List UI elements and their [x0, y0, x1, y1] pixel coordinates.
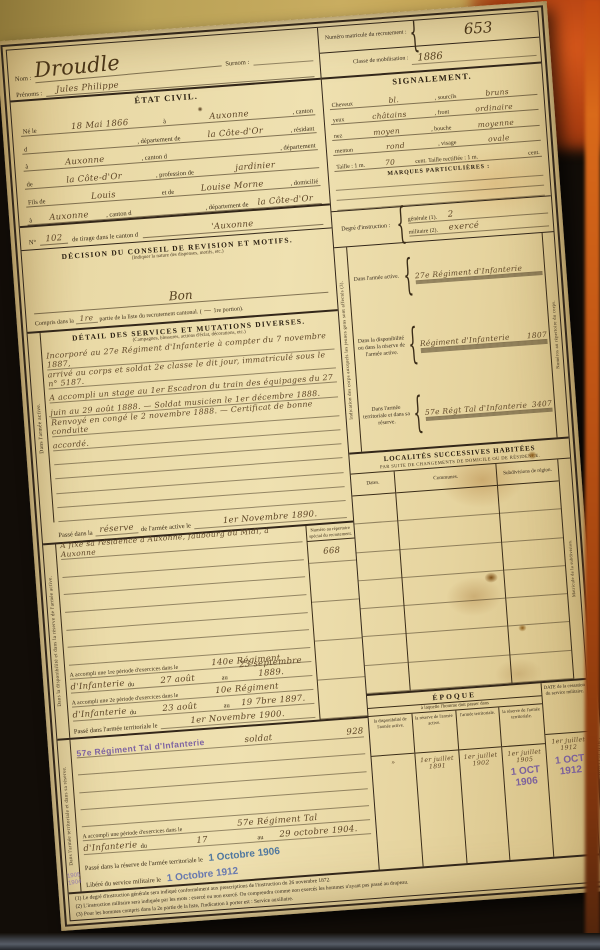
localites-table: Dates. Communes. Subdivisions de région. [351, 457, 587, 694]
brace: { [395, 203, 408, 246]
photo-of-military-register: { "colors":{"stamp_purple":"#6b4fa0","st… [0, 0, 600, 950]
print-label: cent. [528, 150, 540, 157]
epoque-section: ÉPOQUE à laquelle l'homme doit passer da… [367, 678, 599, 870]
handwritten-number: 1807 [526, 330, 547, 340]
repertoire-corps-label: Numéros au répertoire du corps. [550, 300, 560, 369]
brace: { [408, 12, 421, 55]
print-label: d [24, 146, 28, 153]
services-lines: Incorporé au 27e Régiment d'Infanterie à… [46, 331, 346, 523]
date-rubber-stamp: 1 OCT 1906 [510, 764, 542, 789]
instruction-label: Degré d'instruction : [337, 222, 395, 232]
print-label: et de [162, 189, 175, 197]
corps-block-label: Dans la disponibilité ou dans la réserve… [356, 335, 407, 360]
etat-civil-section: ÉTAT CIVIL. Né le 18 Mai 1866 à Auxonne … [11, 80, 330, 226]
print-label: de [26, 181, 33, 188]
table-surface [0, 933, 600, 950]
military-register-page: Nom : Droudle Surnom : Prénoms : Jules P… [0, 1, 600, 931]
handwritten-number: 668 [323, 546, 341, 557]
form-outer-border: Nom : Droudle Surnom : Prénoms : Jules P… [0, 5, 600, 926]
left-column: Nom : Droudle Surnom : Prénoms : Jules P… [7, 28, 380, 893]
blank-ruled-area [61, 542, 310, 665]
classe-value-handwritten: 1886 [411, 44, 537, 65]
print-label: du [127, 681, 134, 688]
print-label: militaire (2). [408, 227, 438, 235]
column-header: Dates. [351, 471, 395, 496]
corps-block-disponibilite: Dans la disponibilité ou dans la réserve… [354, 299, 550, 386]
stamp-line: 1912 [559, 764, 582, 777]
print-label: yeux [333, 117, 345, 124]
ruled-line [365, 663, 410, 694]
ruled-line [510, 651, 573, 684]
ruled-line [502, 538, 565, 571]
handwritten-date: 1er juillet 1905 [504, 748, 546, 765]
handwritten-date: 1er juillet 1902 [460, 751, 502, 768]
handwritten-grade: soldat [244, 733, 273, 745]
territoriale-section: Dans l'armée territoriale et dans sa rés… [57, 716, 378, 892]
ruled-line [504, 566, 567, 599]
handwritten-entry: 1re [75, 313, 97, 325]
corps-block-label: Dans l'armée active. [351, 274, 401, 285]
ruled-line [309, 561, 359, 603]
disponibilite-section: Dans la disponibilité et dans la réserve… [43, 521, 368, 739]
column-header: la réserve de l'armée territoriale. [499, 704, 544, 746]
column-header: l'armée territoriale. [456, 707, 502, 749]
corps-affectation-section: Indication des corps auxquels les jeunes… [334, 231, 568, 453]
print-label: au [257, 834, 264, 841]
ruled-line [315, 638, 365, 680]
handwritten-number: 3407 [531, 399, 552, 409]
classe-label: Classe de mobilisation : [324, 55, 408, 69]
ruled-line [352, 493, 397, 524]
ruled-line [361, 606, 406, 637]
handwritten-date: 1er juillet 1891 [416, 755, 458, 772]
print-label: Fils de [28, 198, 46, 206]
blank-table-cells [396, 486, 511, 691]
ruled-line [500, 510, 563, 543]
print-label: Compris dans la [35, 318, 74, 327]
date-rubber-stamp: 1 OCT 1912 [554, 753, 586, 778]
print-label: nez [334, 133, 343, 140]
ruled-line [318, 677, 368, 719]
print-label: générale (1). [408, 214, 438, 222]
print-label: à [25, 164, 28, 171]
territoriale-content: 57e Régiment Tal d'Infanterie soldat 928… [70, 718, 378, 891]
print-label: 1re portion). [213, 306, 243, 314]
stamp-line: 1906 [515, 775, 538, 788]
signalement-section: SIGNALEMENT. Cheveux bl. , sourcils brun… [322, 64, 551, 212]
surnom-label: Surnom : [225, 59, 249, 68]
print-label: au [221, 674, 228, 681]
print-label: à [29, 217, 32, 224]
services-content: DÉTAIL DES SERVICES ET MUTATIONS DIVERSE… [41, 311, 352, 522]
decision-value-handwritten: Bon [168, 288, 193, 304]
ruled-line [506, 594, 569, 627]
tirage-number-handwritten: 102 [40, 233, 69, 246]
brace: { [412, 392, 425, 435]
margin-year-stamps: 1905 1904 [67, 872, 82, 887]
column-header: la réserve de l'armée active. [412, 711, 458, 753]
matricule-label: Numéro matricule du recrutement : [323, 30, 407, 44]
ruled-line [498, 481, 561, 514]
nom-label: Nom : [15, 75, 32, 83]
localites-edge-label: Matricule de la subdivision. [568, 540, 577, 598]
print-label: Né le [23, 128, 37, 136]
localites-section: LOCALITÉS SUCCESSIVES HABITÉES PAR SUITE… [349, 437, 586, 694]
handwritten-entry: — [203, 305, 211, 315]
ruled-line [357, 550, 402, 581]
date-cessation-header: DATE de la cessation du service militair… [542, 680, 591, 735]
brace: { [407, 324, 420, 367]
handwritten-entry: réserve [95, 522, 138, 536]
handwritten-number: 928 [346, 726, 364, 737]
services-section: Dans l'armée active. DÉTAIL DES SERVICES… [27, 309, 351, 523]
ruled-line [312, 600, 362, 642]
print-label: au [223, 702, 230, 709]
column-header: la disponibilité de l'armée active. [369, 714, 415, 756]
print-label: à [163, 118, 166, 125]
prenoms-label: Prénoms : [16, 90, 43, 99]
corps-block-label: Dans l'armée territoriale et dans sa rés… [361, 404, 412, 429]
print-label: , front [434, 110, 449, 117]
brace: { [402, 255, 415, 298]
book-cover-edge [585, 0, 600, 950]
corps-block-territoriale: Dans l'armée territoriale et dans sa rés… [359, 372, 554, 450]
numero-label: N° [29, 239, 37, 247]
print-label: du [140, 843, 147, 850]
epoque-values: » 1er juillet 1891 1er juillet 1902 1er … [371, 744, 553, 869]
ruled-line [359, 578, 404, 609]
disponibilite-content: A fixé sa résidence à Auxonne, faubourg … [56, 526, 320, 738]
armee-active-side-label: Dans l'armée active. [36, 403, 46, 454]
form-inner-border: Nom : Droudle Surnom : Prénoms : Jules P… [6, 11, 600, 922]
ruled-line [354, 522, 399, 553]
handwritten-date: » [391, 759, 396, 766]
print-label: du [130, 709, 137, 716]
ruled-line [363, 634, 408, 665]
corps-blocks: Dans l'armée active. { 27e Régiment d'In… [347, 233, 556, 452]
print-label: Passé dans la [58, 530, 93, 539]
